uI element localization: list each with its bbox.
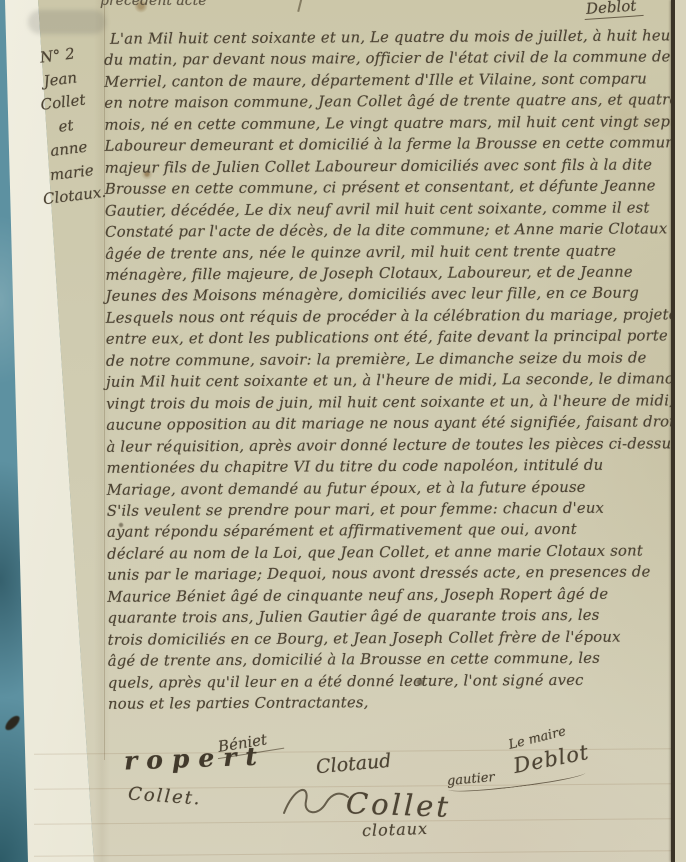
handwritten-line: Laboureur demeurant et domicilié à la fe… bbox=[105, 133, 671, 158]
handwritten-line: Constaté par l'acte de décès, de la dite… bbox=[105, 218, 671, 243]
ink-flourish bbox=[280, 781, 352, 825]
act-text-block: L'an Mil huit cent soixante et un, Le qu… bbox=[104, 25, 674, 715]
handwritten-line: âgé de trente ans, domicilié à la Brouss… bbox=[108, 647, 674, 672]
handwritten-line: juin Mil huit cent soixante et un, à l'h… bbox=[106, 369, 672, 394]
ink-bleed-through bbox=[28, 10, 106, 34]
signature-clotaux-bride: clotaux bbox=[362, 819, 429, 840]
handwritten-line: mentionées du chapitre VI du titre du co… bbox=[107, 454, 673, 479]
handwritten-line: nous et les parties Contractantes, bbox=[108, 690, 674, 715]
register-page-scan: précédent acte Deblot N° 2JeanColletetan… bbox=[0, 0, 686, 862]
signature-ropert: ropert bbox=[124, 742, 267, 776]
handwritten-line: S'ils veulent se prendre pour mari, et p… bbox=[107, 497, 673, 522]
handwritten-line: aucune opposition au dit mariage ne nous… bbox=[106, 411, 672, 436]
signature-collet-groom: Collet bbox=[345, 786, 451, 824]
previous-act-fragment: précédent acte bbox=[100, 0, 207, 9]
handwritten-line: quarante trois ans, Julien Gautier âgé d… bbox=[107, 605, 673, 630]
handwritten-line: Brousse en cette commune, ci présent et … bbox=[105, 175, 671, 200]
next-page-sliver bbox=[675, 0, 686, 862]
